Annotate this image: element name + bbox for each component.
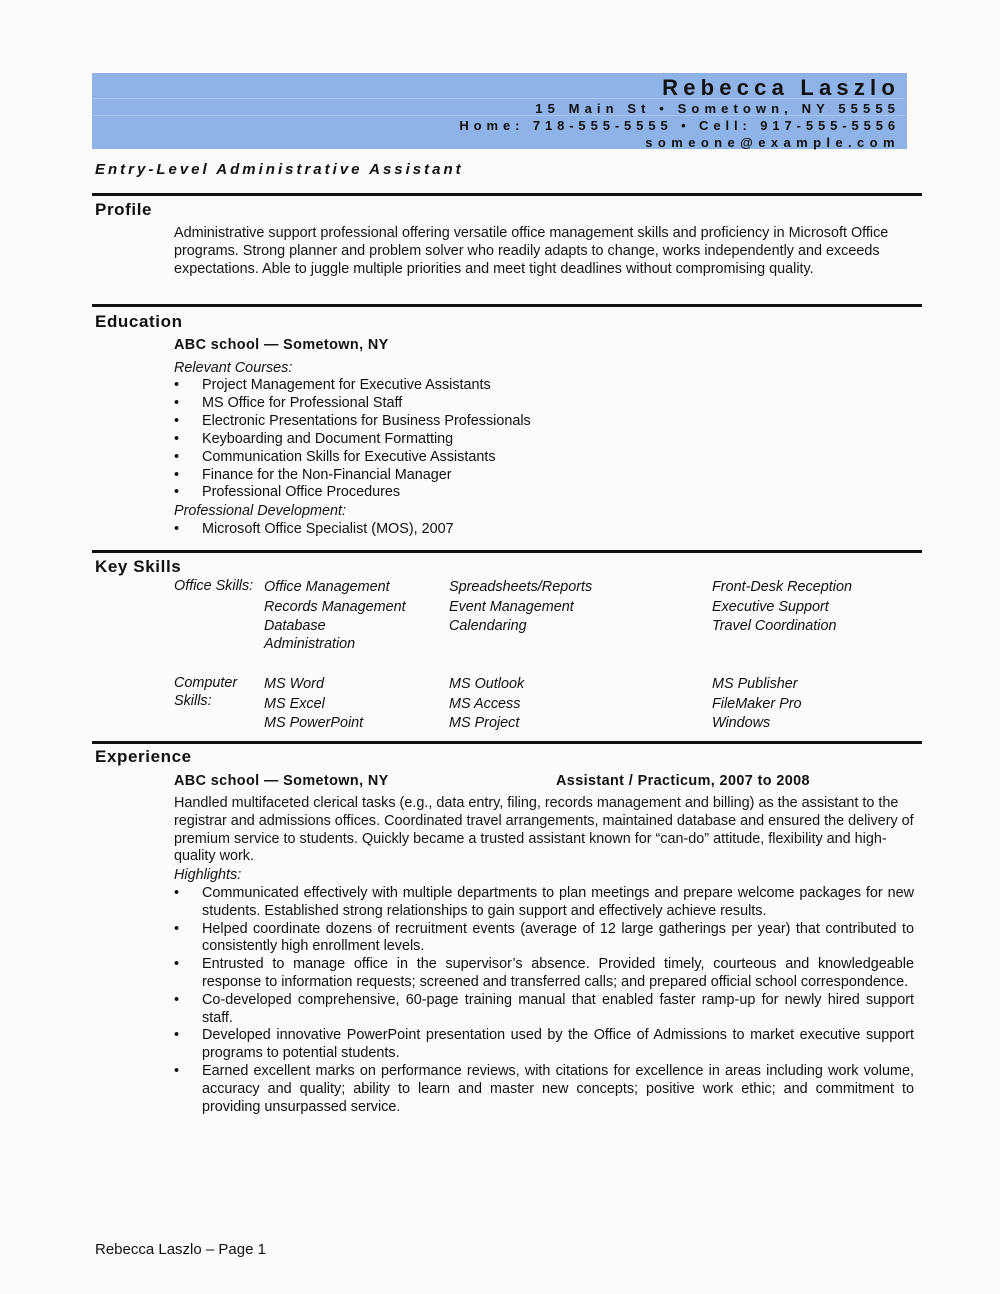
bullet-icon: • [174,431,179,449]
address: 15 Main St • Sometown, NY 55555 [535,101,900,116]
section-divider [92,193,922,196]
list-item-text: MS Office for Professional Staff [202,395,402,411]
list-item-text: Keyboarding and Document Formatting [202,431,453,447]
list-item: •Communication Skills for Executive Assi… [174,449,531,467]
skill-item: Front-Desk Reception [712,578,912,598]
skill-item: Executive Support [712,598,912,618]
header-band: Rebecca Laszlo 15 Main St • Sometown, NY… [92,73,907,149]
objective-title: Entry-Level Administrative Assistant [95,161,464,178]
list-item: •Project Management for Executive Assist… [174,377,531,395]
skill-item: Records Management [264,598,434,618]
page-footer: Rebecca Laszlo – Page 1 [95,1241,266,1258]
list-item: •Entrusted to manage office in the super… [174,956,914,992]
bullet-icon: • [174,956,179,974]
skills-group-label: Office Skills: [174,578,254,596]
list-item: •Communicated effectively with multiple … [174,885,914,921]
section-title-education: Education [95,312,183,332]
bullet-icon: • [174,885,179,903]
skill-item: Database Administration [264,617,374,653]
skill-item: MS PowerPoint [264,714,434,734]
skills-column: MS WordMS ExcelMS PowerPoint [264,675,434,734]
section-title-profile: Profile [95,200,152,220]
bullet-icon: • [174,395,179,413]
skills-column: Office ManagementRecords ManagementDatab… [264,578,434,653]
section-divider [92,550,922,553]
experience-summary: Handled multifaceted clerical tasks (e.g… [174,795,914,866]
profile-text: Administrative support professional offe… [174,225,904,278]
list-item: •Co-developed comprehensive, 60-page tra… [174,992,914,1028]
courses-list: •Project Management for Executive Assist… [174,377,531,502]
list-item-text: Developed innovative PowerPoint presenta… [202,1027,914,1061]
bullet-icon: • [174,449,179,467]
section-title-skills: Key Skills [95,557,181,577]
bullet-icon: • [174,484,179,502]
list-item-text: Electronic Presentations for Business Pr… [202,413,531,429]
list-item-text: Entrusted to manage office in the superv… [202,956,914,990]
development-label: Professional Development: [174,503,346,521]
bullet-icon: • [174,521,179,539]
list-item-text: Helped coordinate dozens of recruitment … [202,921,914,955]
list-item-text: Project Management for Executive Assista… [202,377,491,393]
candidate-name: Rebecca Laszlo [662,75,900,101]
list-item: •Earned excellent marks on performance r… [174,1063,914,1116]
email[interactable]: someone@example.com [645,135,900,150]
skill-item: MS Outlook [449,675,689,695]
section-divider [92,741,922,744]
courses-label: Relevant Courses: [174,360,292,378]
development-list: •Microsoft Office Specialist (MOS), 2007 [174,521,454,539]
bullet-icon: • [174,1027,179,1045]
skill-item: MS Project [449,714,689,734]
bullet-icon: • [174,413,179,431]
bullet-icon: • [174,1063,179,1081]
bullet-icon: • [174,467,179,485]
highlights-list: •Communicated effectively with multiple … [174,885,914,1116]
list-item: •Developed innovative PowerPoint present… [174,1027,914,1063]
skill-item: MS Access [449,695,689,715]
list-item: •Keyboarding and Document Formatting [174,431,531,449]
skills-column: MS PublisherFileMaker ProWindows [712,675,912,734]
list-item-text: Communicated effectively with multiple d… [202,885,914,919]
list-item-text: Professional Office Procedures [202,484,400,500]
skill-item: MS Word [264,675,434,695]
experience-role: Assistant / Practicum, 2007 to 2008 [556,773,810,789]
skill-item: Windows [712,714,912,734]
list-item-text: Finance for the Non-Financial Manager [202,467,452,483]
phone-numbers: Home: 718-555-5555 • Cell: 917-555-5556 [459,118,900,133]
bullet-icon: • [174,992,179,1010]
list-item-text: Co-developed comprehensive, 60-page trai… [202,992,914,1026]
list-item: •Microsoft Office Specialist (MOS), 2007 [174,521,454,539]
skill-item: FileMaker Pro [712,695,912,715]
section-title-experience: Experience [95,747,192,767]
list-item: •Finance for the Non-Financial Manager [174,467,531,485]
list-item: •Helped coordinate dozens of recruitment… [174,921,914,957]
skill-item: Spreadsheets/Reports [449,578,689,598]
skills-column: Spreadsheets/ReportsEvent ManagementCale… [449,578,689,637]
list-item-text: Earned excellent marks on performance re… [202,1063,914,1115]
skill-item: Event Management [449,598,689,618]
list-item-text: Communication Skills for Executive Assis… [202,449,496,465]
skills-column: Front-Desk ReceptionExecutive SupportTra… [712,578,912,637]
bullet-icon: • [174,377,179,395]
skill-item: MS Publisher [712,675,912,695]
list-item: •Professional Office Procedures [174,484,531,502]
experience-employer: ABC school — Sometown, NY [174,773,389,789]
education-school: ABC school — Sometown, NY [174,337,389,353]
skills-group-label: Computer Skills: [174,675,254,710]
list-item: •MS Office for Professional Staff [174,395,531,413]
bullet-icon: • [174,921,179,939]
skill-item: Travel Coordination [712,617,912,637]
skills-column: MS OutlookMS AccessMS Project [449,675,689,734]
skill-item: Calendaring [449,617,689,637]
section-divider [92,304,922,307]
list-item: •Electronic Presentations for Business P… [174,413,531,431]
skill-item: Office Management [264,578,434,598]
list-item-text: Microsoft Office Specialist (MOS), 2007 [202,521,454,537]
highlights-label: Highlights: [174,867,241,885]
skill-item: MS Excel [264,695,434,715]
